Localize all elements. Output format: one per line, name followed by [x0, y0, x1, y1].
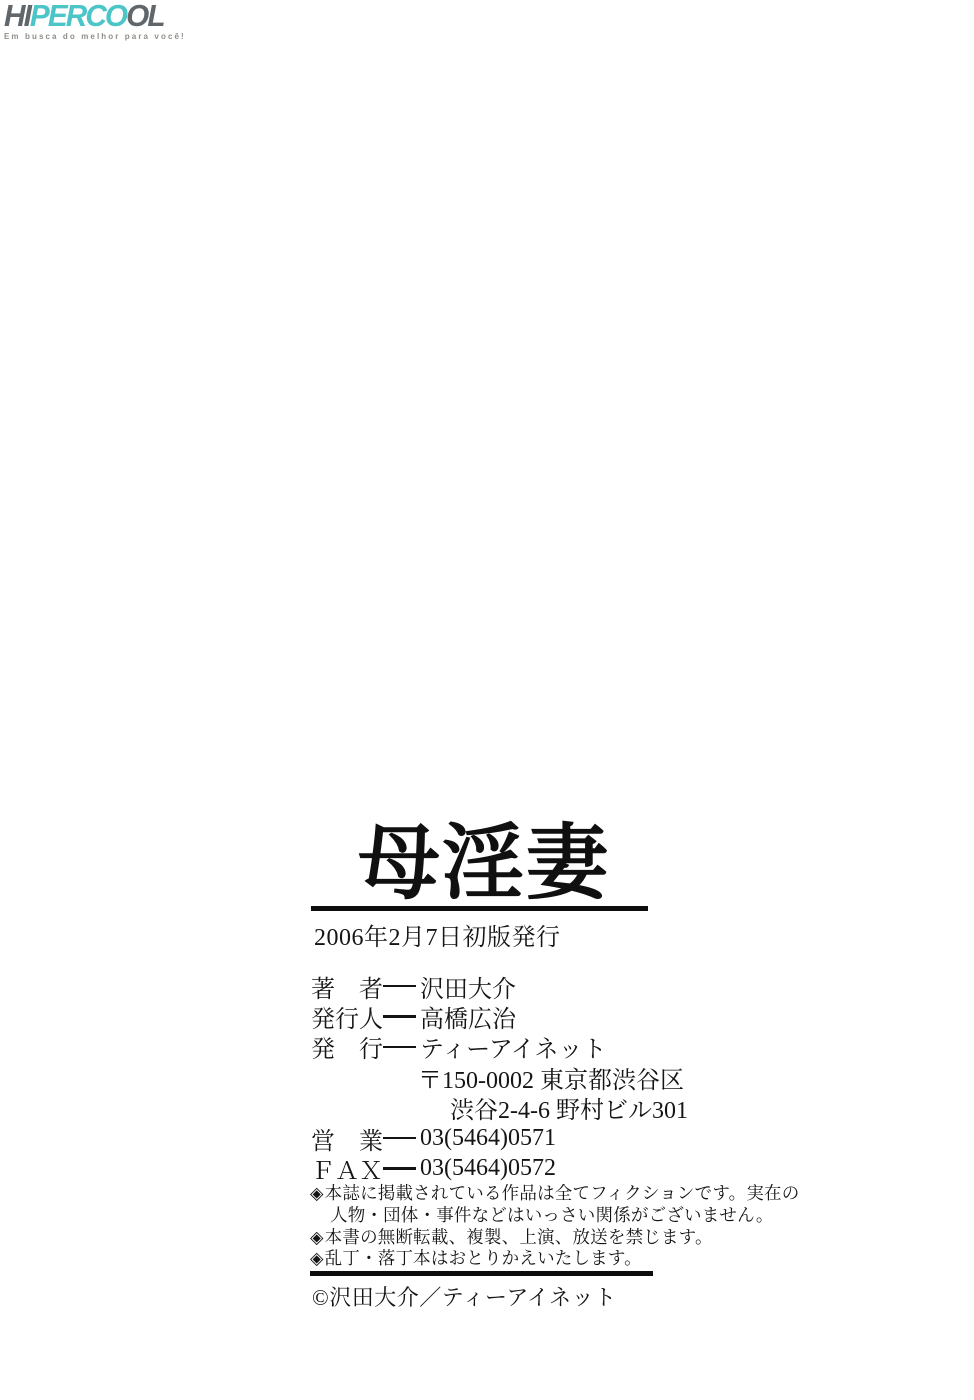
- address-line-2-text: 渋谷2-4-6 野村ビル301: [450, 1090, 688, 1125]
- hipercool-logo: HIPERCOOL Em busca do melhor para você!: [4, 1, 224, 41]
- notice-no-reproduction: ◈本書の無断転載、複製、上演、放送を禁じます。: [310, 1227, 670, 1249]
- publisher-person-row: 発行人 高橋広治: [311, 1001, 671, 1031]
- address-line-1: 〒150-0002 東京都渋谷区: [311, 1062, 671, 1092]
- dash-rule: [383, 1015, 416, 1018]
- colophon-page: HIPERCOOL Em busca do melhor para você! …: [0, 0, 974, 1400]
- sales-phone-value: 03(5464)0571: [420, 1125, 556, 1152]
- notice-defective-copies-text: 乱丁・落丁本はおとりかえいたします。: [325, 1248, 642, 1268]
- title-divider-rule: [311, 906, 648, 911]
- fax-label: ＦＡＸ: [311, 1151, 383, 1186]
- fax-value: 03(5464)0572: [420, 1155, 556, 1182]
- fax-row: ＦＡＸ 03(5464)0572: [311, 1153, 671, 1183]
- publication-info: 著 者 沢田大介 発行人 高橋広治 発 行 ティーアイネット 〒150-0002…: [311, 971, 671, 1184]
- publisher-label: 発 行: [311, 1029, 383, 1064]
- logo-wordmark-teal: PERCO: [30, 0, 126, 33]
- dash-rule: [383, 1137, 416, 1140]
- notice-no-reproduction-text: 本書の無断転載、複製、上演、放送を禁じます。: [325, 1227, 713, 1247]
- logo-wordmark: HIPERCOOL: [4, 1, 215, 31]
- logo-wordmark-gray-right: OL: [126, 0, 164, 33]
- notice-fiction-line-1: ◈本誌に掲載されている作品は全てフィクションです。実在の: [310, 1183, 670, 1205]
- logo-tagline: Em busca do melhor para você!: [4, 32, 224, 41]
- dash-rule: [383, 1167, 416, 1170]
- sales-phone-row: 営 業 03(5464)0571: [311, 1123, 671, 1153]
- notice-defective-copies: ◈乱丁・落丁本はおとりかえいたします。: [310, 1248, 670, 1270]
- copyright-line: ©沢田大介／ティーアイネット: [312, 1281, 617, 1312]
- legal-notices: ◈本誌に掲載されている作品は全てフィクションです。実在の 人物・団体・事件などは…: [310, 1183, 670, 1270]
- dash-rule: [383, 1046, 416, 1049]
- dash-rule: [383, 985, 416, 988]
- diamond-bullet-icon: ◈: [310, 1227, 324, 1247]
- publisher-row: 発 行 ティーアイネット: [311, 1032, 671, 1062]
- diamond-bullet-icon: ◈: [310, 1183, 324, 1203]
- notice-fiction-line-2: 人物・団体・事件などはいっさい関係がございません。: [310, 1205, 670, 1227]
- address-line-2: 渋谷2-4-6 野村ビル301: [311, 1093, 671, 1123]
- logo-wordmark-gray-left: HI: [4, 0, 30, 33]
- diamond-bullet-icon: ◈: [310, 1248, 324, 1268]
- author-row: 著 者 沢田大介: [311, 971, 671, 1001]
- edition-date: 2006年2月7日初版発行: [314, 917, 561, 952]
- notice-fiction-text: 本誌に掲載されている作品は全てフィクションです。実在の: [325, 1183, 800, 1203]
- book-title: 母淫妻: [310, 800, 658, 912]
- bottom-divider-rule: [310, 1271, 653, 1276]
